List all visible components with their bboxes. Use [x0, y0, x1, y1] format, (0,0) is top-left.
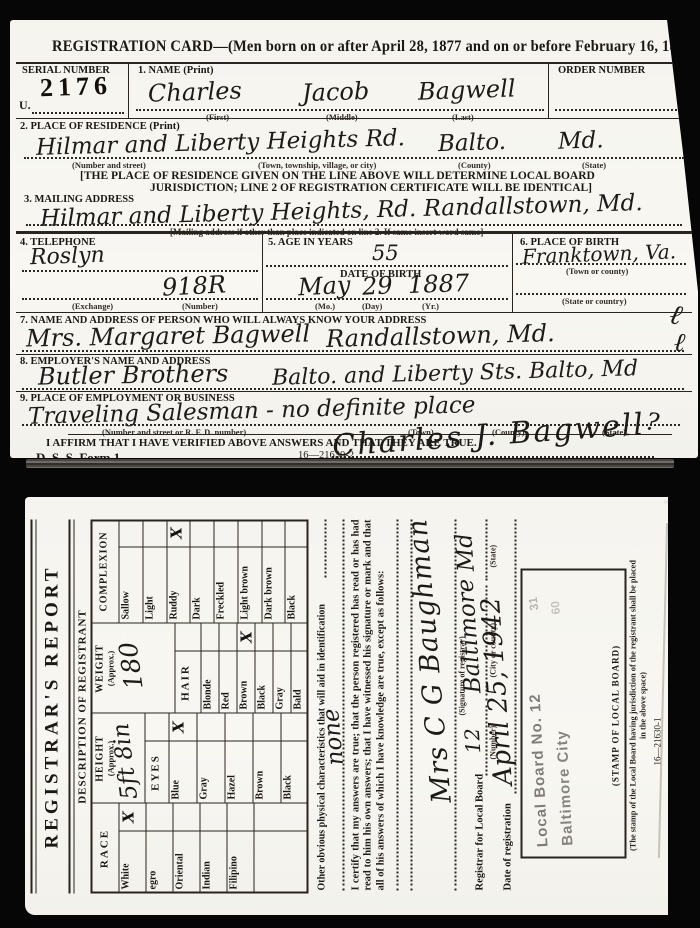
hair-check-mark [202, 624, 219, 651]
board-state-sublabel: (State) [489, 545, 498, 568]
residence-state-sublabel: (State) [582, 160, 606, 170]
hair-check-mark [274, 624, 291, 651]
employer-name-value: Butler Brothers [38, 359, 229, 390]
race-check-mark [228, 804, 254, 831]
complexion-check-mark [120, 520, 143, 547]
table-row: BrownX [237, 624, 255, 714]
eyes-check-mark [254, 714, 281, 741]
race-option-label: Filipino [228, 831, 254, 894]
residence-note-line1: [THE PLACE OF RESIDENCE GIVEN ON THE LIN… [80, 170, 595, 182]
serial-number-value: 2176 [39, 71, 112, 103]
eyes-check-mark [282, 714, 309, 741]
eyes-rows: BlueX Gray Hazel Brown Black [169, 714, 309, 804]
hair-option-label: Brown [238, 651, 255, 714]
eyes-header: EYES [150, 742, 162, 804]
table-row: Blonde [201, 624, 219, 714]
complexion-check-mark [238, 520, 261, 547]
telephone-exchange-sublabel: (Exchange) [72, 301, 113, 311]
stamp-box-caption: (STAMP OF LOCAL BOARD) [611, 575, 621, 857]
report-subtitle: DESCRIPTION OF REGISTRANT [77, 498, 89, 916]
name-first-value: Charles [148, 76, 243, 107]
table-row: Red [219, 624, 237, 714]
race-header: RACE [99, 804, 111, 894]
table-row: Bald [291, 624, 309, 714]
telephone-number-value: 918R [161, 270, 226, 301]
registration-date-label: Date of registration [503, 803, 514, 890]
stamp-line-2: Baltimore City [551, 692, 576, 847]
hair-header: HAIR [180, 652, 192, 714]
description-table: RACE WhiteX egro Oriental Indian Filipin… [91, 520, 309, 894]
table-row: Black [285, 520, 309, 624]
contact-name-value: Mrs. Margaret Bagwell [26, 320, 310, 353]
local-board-state-value: Md [451, 532, 480, 572]
dob-day-sublabel: (Day) [362, 301, 382, 311]
complexion-option-label: Dark brown [262, 547, 285, 624]
hair-option-label: Bald [292, 651, 309, 714]
hair-check-mark: X [238, 624, 255, 651]
dob-month-value: May [297, 271, 351, 302]
table-row: BlueX [169, 714, 197, 804]
card-title: REGISTRATION CARD—(Men born on or after … [52, 38, 697, 56]
eyes-check-mark [226, 714, 253, 741]
complexion-check-mark [215, 520, 238, 547]
table-row: Light [142, 520, 166, 624]
complexion-option-label: Dark [191, 547, 214, 624]
report-title: REGISTRAR'S REPORT [42, 498, 64, 916]
race-option-label: Indian [201, 831, 227, 894]
card-edge-shadow [26, 459, 674, 468]
complexion-option-label: Ruddy [167, 547, 190, 624]
age-label: 5. AGE IN YEARS [268, 237, 353, 248]
name-first-sublabel: (First) [206, 112, 229, 122]
stamp-stray-digits: 60 [548, 600, 563, 615]
name-last-sublabel: (Last) [452, 112, 474, 122]
residence-street-sublabel: (Number and street) [72, 160, 146, 170]
table-row: RuddyX [166, 520, 190, 624]
eyes-check-mark: X [170, 714, 197, 741]
complexion-rows: Sallow Light RuddyX Dark Freckled Light … [119, 520, 309, 624]
race-check-mark: X [120, 804, 146, 831]
hair-option-label: Black [256, 651, 273, 714]
name-last-value: Bagwell [418, 74, 516, 105]
employer-address-value: Balto. and Liberty Sts. Balto, Md [272, 356, 639, 391]
race-rows: WhiteX egro Oriental Indian Filipino [119, 804, 254, 894]
residence-label: 2. PLACE OF RESIDENCE (Print) [20, 121, 180, 132]
table-row: Brown [253, 714, 281, 804]
complexion-header: COMPLEXION [99, 520, 110, 624]
complexion-option-label: Freckled [215, 547, 238, 624]
table-row: Oriental [173, 804, 200, 894]
stamp-note: (The stamp of the Local Board having jur… [629, 558, 648, 854]
table-row: Black [281, 714, 309, 804]
local-board-number-value: 12 [460, 727, 486, 754]
residence-state-value: Md. [558, 127, 604, 155]
order-number-label: ORDER NUMBER [558, 65, 645, 76]
weight-approx-label: (Approx.) [106, 624, 116, 714]
weight-value: 180 [113, 640, 148, 691]
age-value: 55 [372, 241, 399, 265]
registration-card-front: REGISTRATION CARD—(Men born on or after … [10, 20, 698, 458]
residence-county-sublabel: (County) [458, 160, 491, 170]
table-row: Hazel [225, 714, 253, 804]
name-middle-value: Jacob [302, 77, 370, 107]
complexion-check-mark: X [167, 520, 190, 547]
telephone-number-sublabel: (Number) [182, 301, 218, 311]
table-row: Indian [200, 804, 227, 894]
hair-option-label: Gray [274, 651, 291, 714]
local-board-line-label: Registrar for Local Board [475, 774, 486, 891]
race-option-label: egro [147, 831, 173, 894]
weight-header: WEIGHT [95, 624, 106, 714]
table-row: egro [146, 804, 173, 894]
complexion-option-label: Sallow [120, 547, 143, 624]
hair-check-mark [220, 624, 237, 651]
table-row: Filipino [227, 804, 254, 894]
height-header: HEIGHT [95, 714, 106, 804]
hair-check-mark [292, 624, 309, 651]
table-row: WhiteX [119, 804, 146, 894]
eyes-option-label: Black [282, 741, 309, 804]
scan-speck [664, 500, 668, 504]
table-row: Sallow [119, 520, 143, 624]
table-row: Gray [197, 714, 225, 804]
dob-year-sublabel: (Yr.) [422, 301, 439, 311]
registration-date-value: April 25, 1942 [476, 596, 519, 786]
complexion-check-mark [286, 520, 309, 547]
table-row: Dark [190, 520, 214, 624]
table-row: Light brown [237, 520, 261, 624]
eyes-option-label: Brown [254, 741, 281, 804]
race-option-label: White [120, 831, 146, 894]
birthplace-state-sublabel: (State or country) [562, 296, 627, 306]
eyes-option-label: Gray [198, 741, 225, 804]
dob-day-value: 29 [361, 271, 393, 301]
stamp-line-1: Local Board No. 12 [527, 693, 552, 848]
eyes-option-label: Blue [170, 741, 197, 804]
registrar-report-content: REGISTRAR'S REPORT DESCRIPTION OF REGIST… [25, 498, 668, 916]
scanned-registration-card-page: { "front": { "title": "REGISTRATION CARD… [0, 0, 700, 928]
hair-option-label: Blonde [202, 651, 219, 714]
hair-option-label: Red [220, 651, 237, 714]
complexion-check-mark [191, 520, 214, 547]
residence-town-value: Balto. [438, 129, 507, 157]
complexion-option-label: Light brown [238, 547, 261, 624]
hair-rows: Blonde Red BrownX Black Gray Bald [201, 624, 309, 714]
eyes-check-mark [198, 714, 225, 741]
hair-check-mark [256, 624, 273, 651]
race-option-label: Oriental [174, 831, 200, 894]
table-row: Freckled [214, 520, 238, 624]
registrar-report-card: REGISTRAR'S REPORT DESCRIPTION OF REGIST… [25, 497, 668, 915]
name-middle-sublabel: (Middle) [326, 112, 358, 122]
complexion-check-mark [262, 520, 285, 547]
birthplace-town-sublabel: (Town or county) [566, 266, 628, 276]
table-row: Black [255, 624, 273, 714]
local-board-stamp-box: Local Board No. 12 Baltimore City 31 60 … [521, 569, 627, 859]
table-row: Gray [273, 624, 291, 714]
complexion-option-label: Black [286, 547, 309, 624]
contact-address-value: Randallstown, Md. [326, 319, 555, 353]
dob-month-sublabel: (Mo.) [315, 301, 335, 311]
serial-prefix: U. [19, 98, 31, 113]
name-label: 1. NAME (Print) [138, 65, 214, 76]
race-check-mark [201, 804, 227, 831]
complexion-check-mark [143, 520, 166, 547]
race-check-mark [174, 804, 200, 831]
employment-street-sublabel: (Number and street or R. F. D. number) [102, 427, 246, 437]
eyes-option-label: Hazel [226, 741, 253, 804]
residence-town-sublabel: (Town, township, village, or city) [258, 160, 376, 170]
certification-text: I certify that my answers are true; that… [351, 520, 388, 891]
complexion-option-label: Light [143, 547, 166, 624]
dob-year-value: 1887 [408, 269, 470, 299]
table-row: Dark brown [261, 520, 285, 624]
edge-stray-mark: ? [644, 407, 661, 437]
race-check-mark [147, 804, 173, 831]
telephone-exchange-value: Roslyn [30, 243, 106, 271]
stamp-stray-digits: 31 [526, 596, 542, 611]
